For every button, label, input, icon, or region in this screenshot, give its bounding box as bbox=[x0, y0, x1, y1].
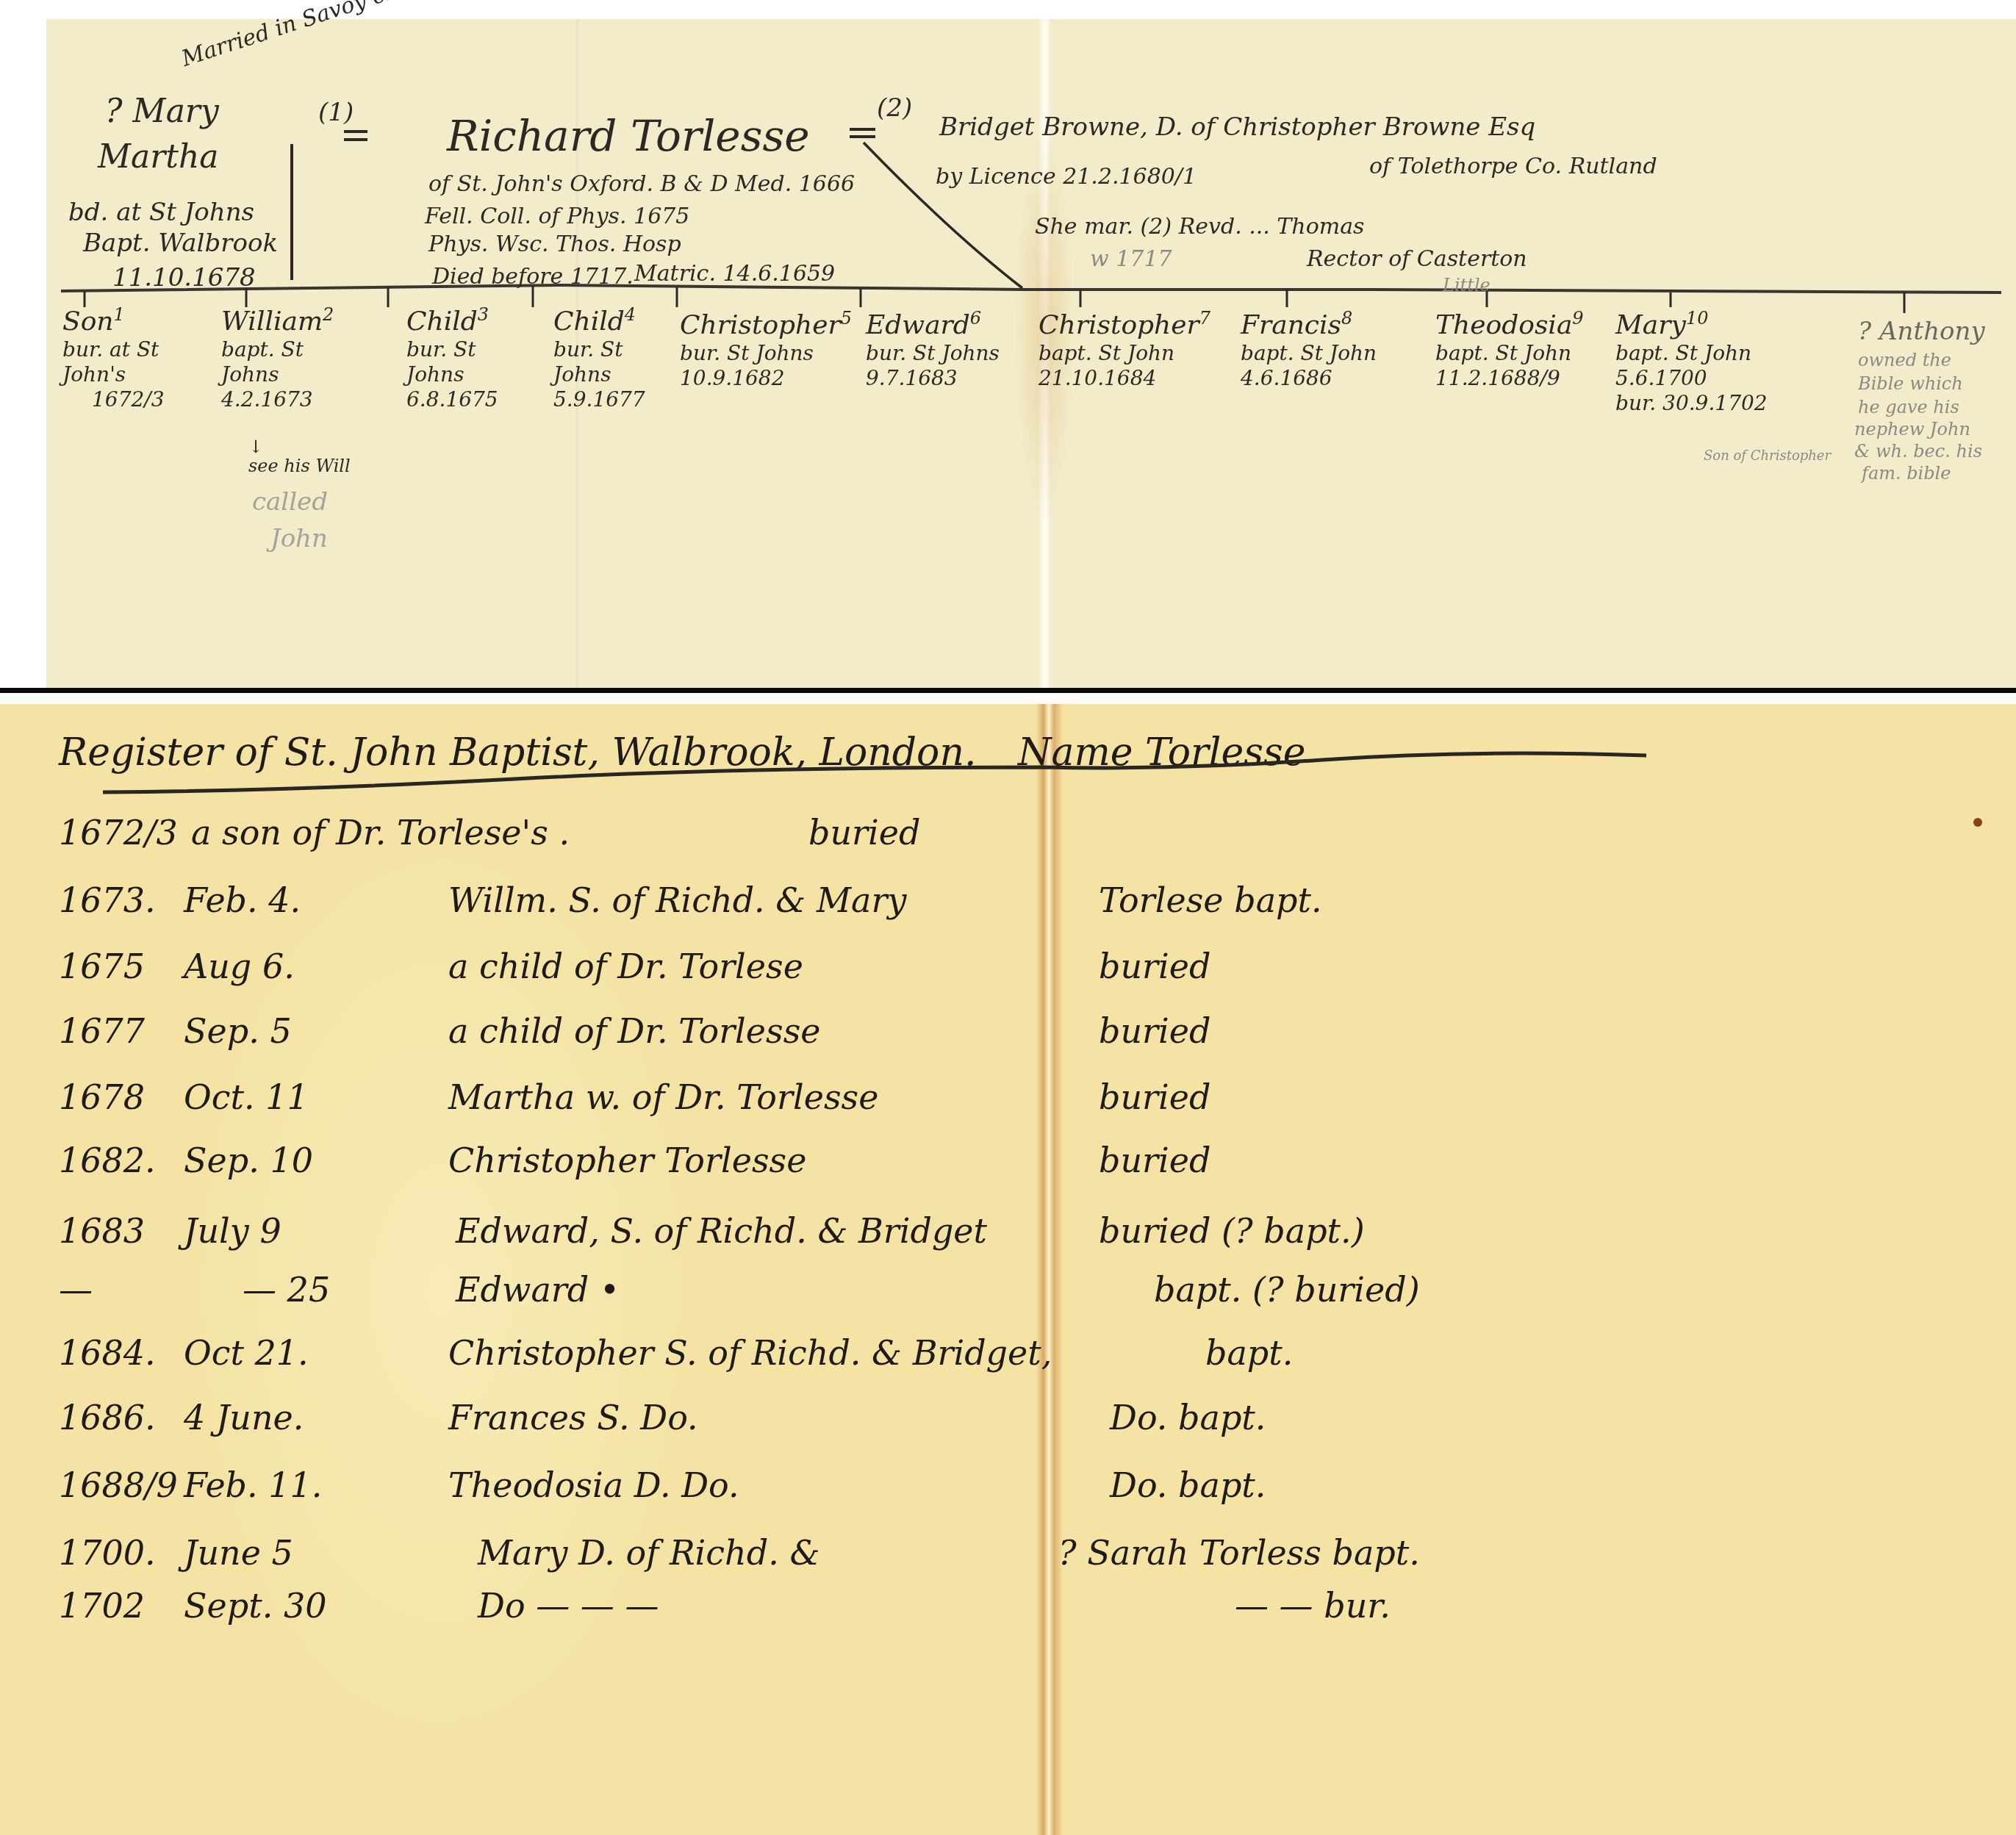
child-8: Francis8 bapt. St John 4.6.1686 bbox=[1241, 309, 1395, 389]
entry-year: 1675 bbox=[59, 947, 145, 986]
second-wife-origin: of Tolethorpe Co. Rutland bbox=[1369, 156, 1657, 178]
pencil-year-note: w 1717 bbox=[1090, 248, 1172, 270]
child-detail: bur. St bbox=[406, 340, 561, 360]
child-detail: bur. St Johns bbox=[680, 343, 834, 364]
entry-year: 1700. bbox=[59, 1533, 156, 1573]
child-number: 8 bbox=[1341, 308, 1352, 328]
entry-year: 1688/9 bbox=[59, 1465, 178, 1505]
child-detail: bapt. St John bbox=[1615, 343, 1770, 364]
child-detail: bur. St Johns bbox=[866, 343, 1020, 364]
entry-date: Sep. 5 bbox=[184, 1011, 292, 1051]
anthony-note-1: owned the bbox=[1858, 351, 1951, 369]
husband-name: Richard Torlesse bbox=[447, 115, 809, 157]
child-detail: John's bbox=[62, 365, 217, 385]
child-detail: 9.7.1683 bbox=[866, 368, 1020, 389]
entry-year: 1673. bbox=[59, 880, 156, 920]
entry-text: Mary D. of Richd. & bbox=[478, 1533, 819, 1573]
husband-detail-3: Phys. Wsc. Thos. Hosp bbox=[428, 234, 681, 256]
entry-text: Martha w. of Dr. Torlesse bbox=[448, 1077, 878, 1117]
anthony-note-2: Bible which bbox=[1858, 375, 1963, 392]
entry-text: Theodosia D. Do. bbox=[448, 1465, 739, 1505]
entry-text: a son of Dr. Torlese's . bbox=[191, 813, 570, 852]
child-number: 4 bbox=[625, 304, 636, 325]
child-number: 2 bbox=[323, 304, 334, 325]
child-1: Son1 bur. at St John's 1672/3 bbox=[62, 306, 217, 410]
child-detail: Johns bbox=[406, 365, 561, 385]
entry-act: Do. bapt. bbox=[1110, 1465, 1266, 1505]
first-wife-detail-1: bd. at St Johns bbox=[68, 200, 254, 225]
entry-year: 1686. bbox=[59, 1398, 156, 1437]
first-wife-name: Martha bbox=[98, 141, 219, 173]
entry-year: 1682. bbox=[59, 1141, 156, 1180]
ink-spot bbox=[1973, 818, 1982, 827]
sheet-divider bbox=[0, 688, 2016, 693]
anthony-note-4: nephew John bbox=[1854, 420, 1970, 438]
entry-act: buried bbox=[1099, 1011, 1210, 1051]
child-name: Christopher bbox=[1039, 310, 1199, 340]
child-detail: Johns bbox=[221, 365, 376, 385]
child-number: 7 bbox=[1199, 308, 1210, 328]
child-5: Christopher5 bur. St Johns 10.9.1682 bbox=[680, 309, 834, 389]
entry-date: 4 June. bbox=[184, 1398, 304, 1437]
husband-detail-1: of St. John's Oxford. B & D Med. 1666 bbox=[428, 173, 855, 195]
entry-date: July 9 bbox=[184, 1211, 281, 1251]
second-wife-name: Bridget Browne, D. of Christopher Browne… bbox=[939, 115, 1535, 140]
rector-note: Rector of Casterton bbox=[1307, 248, 1527, 270]
child-detail: 5.9.1677 bbox=[553, 389, 708, 410]
pencil-little-note: Little bbox=[1443, 276, 1491, 294]
child-detail: 5.6.1700 bbox=[1615, 368, 1770, 389]
first-wife-detail-3: 11.10.1678 bbox=[112, 265, 256, 290]
entry-act: ? Sarah Torless bapt. bbox=[1058, 1533, 1420, 1573]
child-detail: 11.2.1688/9 bbox=[1435, 368, 1590, 389]
entry-date: June 5 bbox=[184, 1533, 293, 1573]
husband-detail-4: Died before 1717. bbox=[432, 266, 634, 288]
second-marriage-licence: by Licence 21.2.1680/1 bbox=[936, 166, 1197, 188]
entry-text: Do — — — bbox=[478, 1586, 659, 1626]
william-pencil-line-1: called bbox=[252, 489, 328, 514]
husband-detail-5: Matric. 14.6.1659 bbox=[634, 263, 835, 285]
entry-text: Frances S. Do. bbox=[448, 1398, 698, 1437]
child-name: Child bbox=[406, 306, 478, 337]
child-detail: bur. 30.9.1702 bbox=[1615, 393, 1770, 414]
entry-act: buried bbox=[1099, 947, 1210, 986]
entry-date: Feb. 11. bbox=[184, 1465, 322, 1505]
child-detail: 4.6.1686 bbox=[1241, 368, 1395, 389]
child-detail: bapt. St bbox=[221, 340, 376, 360]
child-number: 9 bbox=[1572, 308, 1583, 328]
child-detail: 6.8.1675 bbox=[406, 389, 561, 410]
child-name: Edward bbox=[866, 310, 970, 340]
entry-act: Torlese bapt. bbox=[1099, 880, 1322, 920]
entry-act: bapt. bbox=[1205, 1333, 1293, 1373]
entry-date: Sept. 30 bbox=[184, 1586, 326, 1626]
first-wife-detail-2: Bapt. Walbrook bbox=[83, 231, 278, 256]
anthony-side-note: Son of Christopher bbox=[1704, 450, 1831, 463]
child-10: Mary10 bapt. St John 5.6.1700 bur. 30.9.… bbox=[1615, 309, 1770, 414]
entry-text: Edward • bbox=[456, 1270, 620, 1310]
child-6: Edward6 bur. St Johns 9.7.1683 bbox=[866, 309, 1020, 389]
entry-act: bapt. (? buried) bbox=[1154, 1270, 1420, 1310]
pedigree-sheet: Married in Savoy chapel 9. W ? Mary Mart… bbox=[46, 19, 2016, 688]
child-name: Child bbox=[553, 306, 625, 337]
entry-date: Oct 21. bbox=[184, 1333, 309, 1373]
entry-text: Edward, S. of Richd. & Bridget bbox=[456, 1211, 987, 1251]
title-underline bbox=[0, 704, 2016, 807]
entry-year: 1683 bbox=[59, 1211, 145, 1251]
entry-date: Aug 6. bbox=[184, 947, 295, 986]
anthony-note-3: he gave his bbox=[1858, 398, 1959, 416]
entry-act: buried bbox=[808, 813, 920, 852]
william-pencil-line-2: John bbox=[270, 526, 328, 551]
child-number: 6 bbox=[970, 308, 981, 328]
william-will-note: see his Will bbox=[248, 457, 351, 475]
child-name: William bbox=[221, 306, 323, 337]
entry-year: — bbox=[59, 1270, 93, 1310]
anthony-note-6: fam. bible bbox=[1862, 464, 1951, 482]
anthony-note-5: & wh. bec. his bbox=[1854, 442, 1982, 460]
child-number: 1 bbox=[114, 304, 125, 325]
entry-year: 1677 bbox=[59, 1011, 145, 1051]
child-2: William2 bapt. St Johns 4.2.1673 bbox=[221, 306, 376, 410]
child-name: Francis bbox=[1241, 310, 1341, 340]
second-marriage-marker: (2) bbox=[877, 96, 912, 121]
child-number: 10 bbox=[1686, 308, 1709, 328]
child-detail: 21.10.1684 bbox=[1039, 368, 1193, 389]
entry-act: buried bbox=[1099, 1077, 1210, 1117]
child-number: 5 bbox=[841, 308, 852, 328]
first-wife-alt-name: ? Mary bbox=[105, 96, 219, 128]
child-number: 3 bbox=[478, 304, 489, 325]
child-7: Christopher7 bapt. St John 21.10.1684 bbox=[1039, 309, 1193, 389]
entry-year: 1678 bbox=[59, 1077, 145, 1117]
entry-date: Oct. 11 bbox=[184, 1077, 309, 1117]
down-arrow-icon: ↓ bbox=[248, 438, 263, 456]
child-name: Son bbox=[62, 306, 114, 337]
child-detail: bapt. St John bbox=[1435, 343, 1590, 364]
entry-date: — 25 bbox=[243, 1270, 330, 1310]
child-name: Christopher bbox=[680, 310, 841, 340]
entry-text: Christopher Torlesse bbox=[448, 1141, 806, 1180]
entry-text: Willm. S. of Richd. & Mary bbox=[448, 880, 906, 920]
entry-act: — — bur. bbox=[1235, 1586, 1391, 1626]
entry-act: buried bbox=[1099, 1141, 1210, 1180]
child-detail: bur. at St bbox=[62, 340, 217, 360]
anthony-name: ? Anthony bbox=[1858, 319, 1985, 344]
second-wife-remarriage: She mar. (2) Revd. ... Thomas bbox=[1035, 216, 1364, 238]
entry-act: Do. bapt. bbox=[1110, 1398, 1266, 1437]
entry-text: Christopher S. of Richd. & Bridget, bbox=[448, 1333, 1052, 1373]
register-sheet: Register of St. John Baptist, Walbrook, … bbox=[0, 704, 2016, 1835]
first-marriage-marker: (1) bbox=[318, 100, 354, 125]
child-name: Theodosia bbox=[1435, 310, 1572, 340]
entry-year: 1702 bbox=[59, 1586, 145, 1626]
child-detail: 4.2.1673 bbox=[221, 389, 376, 410]
child-detail: 10.9.1682 bbox=[680, 368, 834, 389]
husband-detail-2: Fell. Coll. of Phys. 1675 bbox=[425, 206, 689, 228]
child-detail: bapt. St John bbox=[1039, 343, 1193, 364]
child-detail: bapt. St John bbox=[1241, 343, 1395, 364]
child-name: Mary bbox=[1615, 310, 1686, 340]
entry-year: 1684. bbox=[59, 1333, 156, 1373]
entry-date: Sep. 10 bbox=[184, 1141, 313, 1180]
entry-text: a child of Dr. Torlesse bbox=[448, 1011, 821, 1051]
child-3: Child3 bur. St Johns 6.8.1675 bbox=[406, 306, 561, 410]
entry-date: Feb. 4. bbox=[184, 880, 301, 920]
entry-act: buried (? bapt.) bbox=[1099, 1211, 1365, 1251]
entry-text: a child of Dr. Torlese bbox=[448, 947, 803, 986]
child-detail: 1672/3 bbox=[92, 389, 217, 410]
child-9: Theodosia9 bapt. St John 11.2.1688/9 bbox=[1435, 309, 1590, 389]
entry-year: 1672/3 bbox=[59, 813, 178, 852]
